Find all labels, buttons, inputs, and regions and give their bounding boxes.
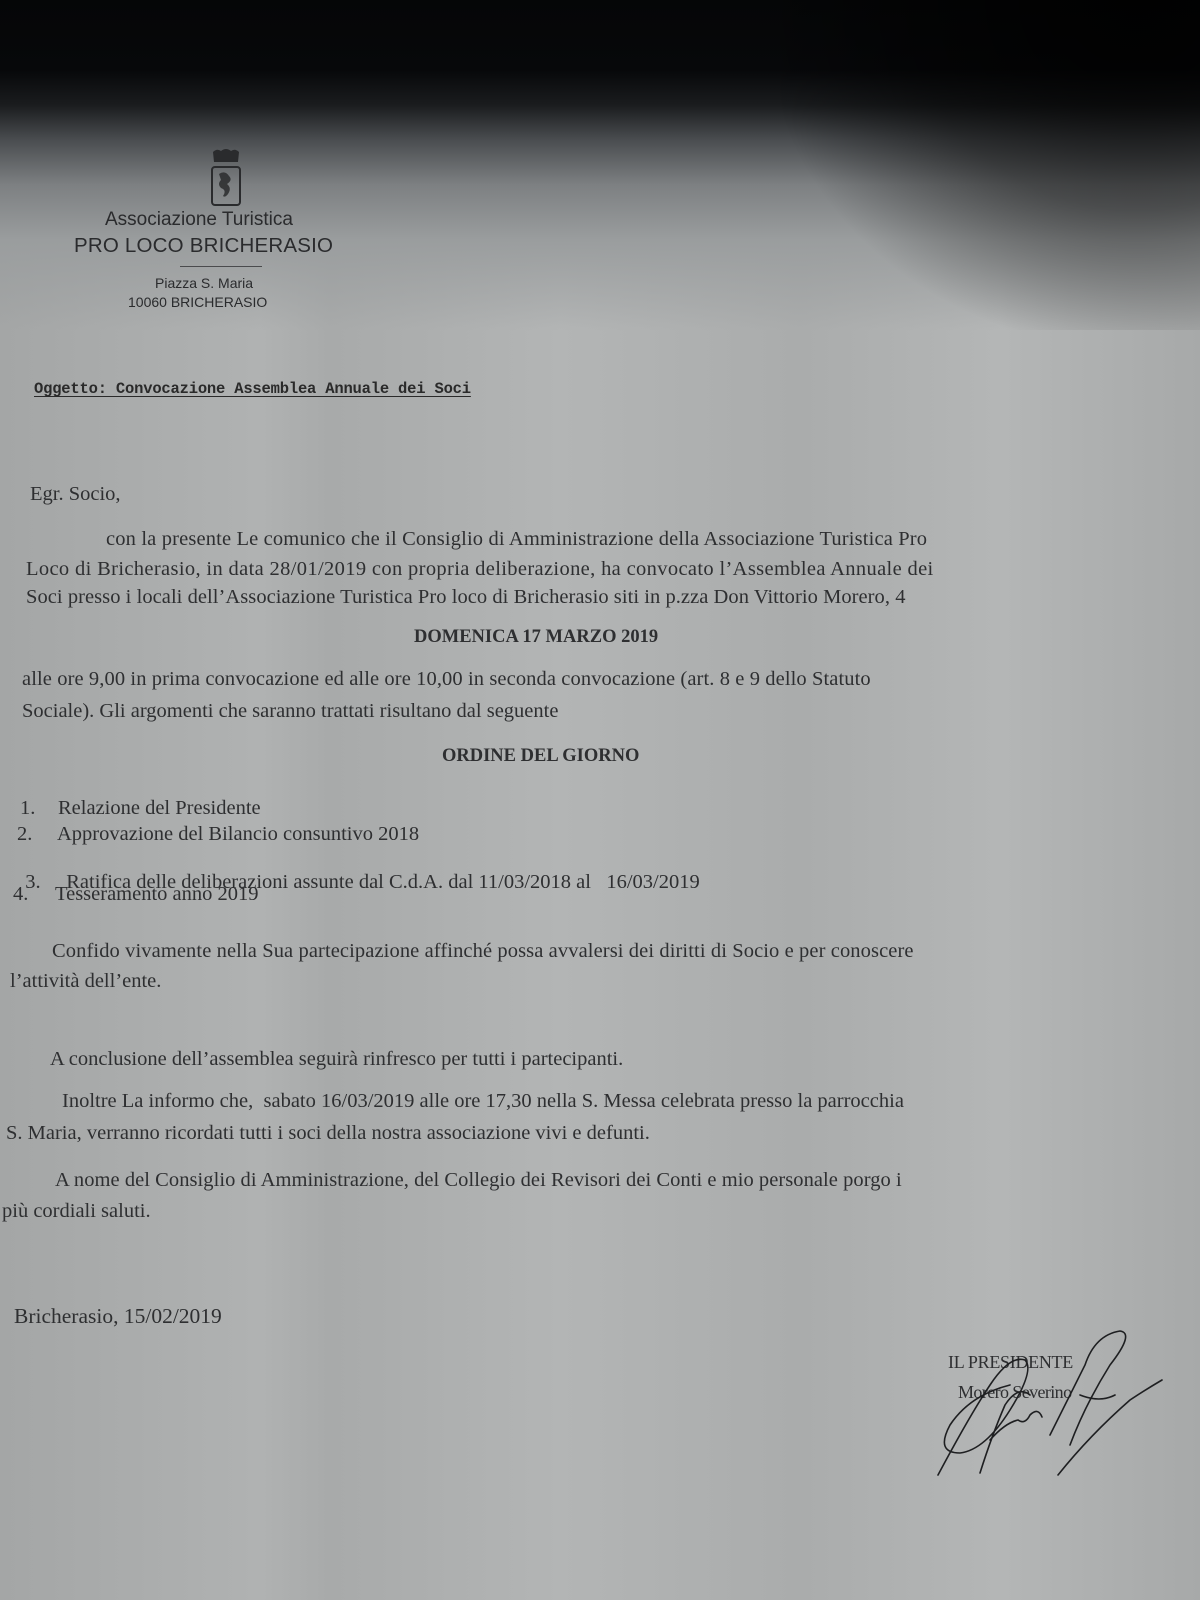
agenda-item-text: Approvazione del Bilancio consuntivo 201… — [57, 823, 419, 845]
mass-line1: Inoltre La informo che, sabato 16/03/201… — [62, 1090, 904, 1113]
letterhead-divider — [180, 266, 262, 267]
intro-line2: Loco di Bricherasio, in data 28/01/2019 … — [26, 558, 934, 581]
org-name-line1: Associazione Turistica — [105, 209, 293, 231]
greetings-line1: A nome del Consiglio di Amministrazione,… — [55, 1169, 902, 1192]
times-line2: Sociale). Gli argomenti che saranno trat… — [22, 700, 558, 723]
intro-line3: Soci presso i locali dell’Associazione T… — [26, 586, 906, 609]
place-date: Bricherasio, 15/02/2019 — [14, 1304, 222, 1329]
address-line2: 10060 BRICHERASIO — [128, 294, 267, 310]
org-name-line2: PRO LOCO BRICHERASIO — [74, 234, 333, 258]
refreshment-note: A conclusione dell’assemblea seguirà rin… — [50, 1048, 623, 1071]
agenda-title: ORDINE DEL GIORNO — [442, 746, 639, 767]
agenda-item-number: 2. — [17, 823, 57, 846]
greetings-line2: più cordiali saluti. — [2, 1200, 151, 1223]
agenda-item-number: 4. — [13, 883, 55, 906]
meeting-date: DOMENICA 17 MARZO 2019 — [414, 627, 658, 648]
agenda-item: 2.Approvazione del Bilancio consuntivo 2… — [17, 823, 419, 846]
times-line1: alle ore 9,00 in prima convocazione ed a… — [22, 668, 871, 691]
agenda-item: 1.Relazione del Presidente — [20, 797, 261, 820]
salutation: Egr. Socio, — [30, 483, 121, 506]
agenda-item-text: Relazione del Presidente — [58, 797, 261, 819]
agenda-item-number: 1. — [20, 797, 58, 820]
address-line1: Piazza S. Maria — [155, 275, 253, 291]
agenda-item-text: Tesseramento anno 2019 — [55, 883, 259, 905]
participation-line2: l’attività dell’ente. — [10, 970, 161, 993]
subject-line: Oggetto: Convocazione Assemblea Annuale … — [34, 380, 471, 398]
participation-line1: Confido vivamente nella Sua partecipazio… — [52, 940, 914, 963]
mass-line2: S. Maria, verranno ricordati tutti i soc… — [6, 1122, 650, 1145]
agenda-item: 4.Tesseramento anno 2019 — [13, 883, 259, 906]
handwritten-signature-icon — [930, 1325, 1170, 1485]
intro-line1: con la presente Le comunico che il Consi… — [106, 528, 927, 551]
coat-of-arms-icon — [207, 148, 245, 208]
